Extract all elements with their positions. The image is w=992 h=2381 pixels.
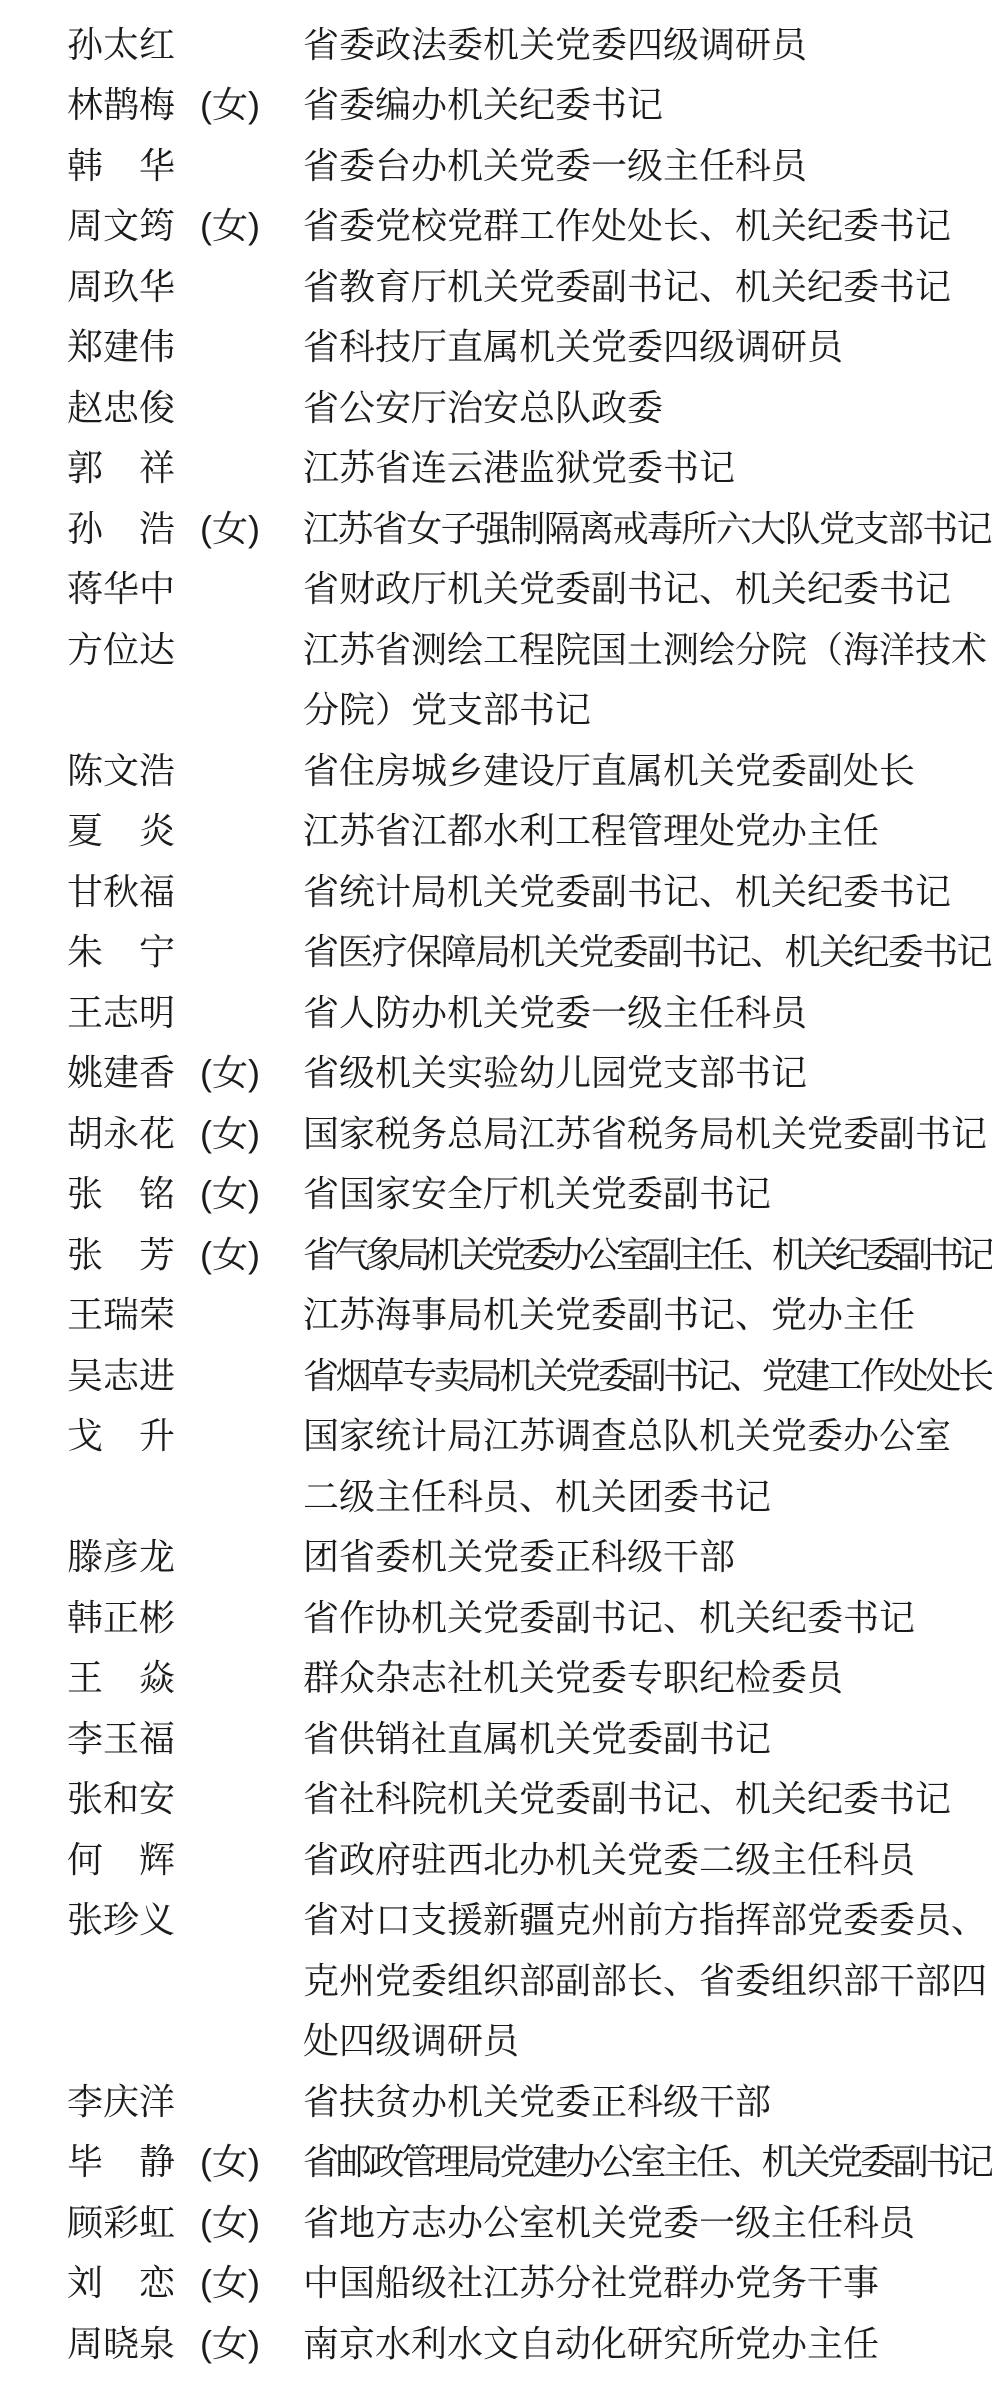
position-title: 国家税务总局江苏省税务局机关党委副书记 [303, 1106, 987, 1157]
position-title: 分院）党支部书记 [303, 682, 591, 733]
position-title: 江苏省江都水利工程管理处党办主任 [303, 803, 879, 854]
position-title: 省邮政管理局党建办公室主任、机关党委副书记 [303, 2134, 991, 2185]
person-name: 李庆洋 [67, 2074, 172, 2125]
position-title: 国家统计局江苏调查总队机关党委办公室 [303, 1408, 951, 1459]
list-entry: 张 芳(女)省气象局机关党委办公室副主任、机关纪委副书记 [0, 1222, 992, 1283]
position-title: 二级主任科员、机关团委书记 [303, 1469, 771, 1520]
list-entry: 甘秋福省统计局机关党委副书记、机关纪委书记 [0, 859, 992, 920]
position-title: 江苏海事局机关党委副书记、党办主任 [303, 1287, 915, 1338]
list-entry: 蒋华中省财政厅机关党委副书记、机关纪委书记 [0, 557, 992, 618]
person-name: 孙太红 [67, 17, 172, 68]
person-name: 张和安 [67, 1771, 172, 1822]
list-entry: 林鹊梅(女)省委编办机关纪委书记 [0, 73, 992, 134]
list-entry: 郑建伟省科技厅直属机关党委四级调研员 [0, 315, 992, 376]
position-title: 团省委机关党委正科级干部 [303, 1529, 735, 1580]
female-marker: (女) [200, 198, 303, 249]
list-entry: 陈文浩省住房城乡建设厅直属机关党委副处长 [0, 738, 992, 799]
female-marker: (女) [200, 1166, 303, 1217]
list-entry: 张和安省社科院机关党委副书记、机关纪委书记 [0, 1767, 992, 1828]
position-title: 省政府驻西北办机关党委二级主任科员 [303, 1832, 915, 1883]
list-entry: 周文筠(女)省委党校党群工作处处长、机关纪委书记 [0, 194, 992, 255]
list-entry: 顾彩虹(女)省地方志办公室机关党委一级主任科员 [0, 2190, 992, 2251]
person-name: 夏 炎 [67, 803, 172, 854]
position-title: 省医疗保障局机关党委副书记、机关纪委书记 [303, 924, 991, 975]
position-title: 处四级调研员 [303, 2013, 519, 2064]
person-name: 王 焱 [67, 1650, 172, 1701]
position-title: 省财政厅机关党委副书记、机关纪委书记 [303, 561, 951, 612]
female-marker: (女) [200, 1106, 303, 1157]
document-page: 孙太红省委政法委机关党委四级调研员林鹊梅(女)省委编办机关纪委书记韩 华省委台办… [0, 0, 992, 2381]
list-entry: 孙太红省委政法委机关党委四级调研员 [0, 12, 992, 73]
position-title: 克州党委组织部副部长、省委组织部干部四 [303, 1953, 987, 2004]
position-title: 省住房城乡建设厅直属机关党委副处长 [303, 743, 915, 794]
position-title: 省对口支援新疆克州前方指挥部党委委员、 [303, 1892, 987, 1943]
position-title: 省烟草专卖局机关党委副书记、党建工作处处长 [303, 1348, 991, 1399]
person-name: 姚建香 [67, 1045, 172, 1096]
position-title: 省统计局机关党委副书记、机关纪委书记 [303, 864, 951, 915]
list-entry: 韩 华省委台办机关党委一级主任科员 [0, 133, 992, 194]
list-entry: 王瑞荣江苏海事局机关党委副书记、党办主任 [0, 1283, 992, 1344]
person-name: 陈文浩 [67, 743, 172, 794]
person-name: 周文筠 [67, 198, 172, 249]
position-title: 省扶贫办机关党委正科级干部 [303, 2074, 771, 2125]
position-title: 江苏省女子强制隔离戒毒所六大队党支部书记 [303, 501, 991, 552]
list-entry: 夏 炎江苏省江都水利工程管理处党办主任 [0, 799, 992, 860]
person-name: 周晓泉 [67, 2316, 172, 2367]
list-entry: 王 焱群众杂志社机关党委专职纪检委员 [0, 1646, 992, 1707]
position-title: 省委编办机关纪委书记 [303, 77, 663, 128]
position-title: 省委台办机关党委一级主任科员 [303, 138, 807, 189]
female-marker: (女) [200, 2255, 303, 2306]
person-name: 方位达 [67, 622, 172, 673]
person-name: 张珍义 [67, 1892, 172, 1943]
position-title: 省国家安全厅机关党委副书记 [303, 1166, 771, 1217]
person-name: 张 铭 [67, 1166, 172, 1217]
list-entry: 周晓泉(女)南京水利水文自动化研究所党办主任 [0, 2311, 992, 2372]
female-marker: (女) [200, 1045, 303, 1096]
position-title: 省社科院机关党委副书记、机关纪委书记 [303, 1771, 951, 1822]
position-title: 南京水利水文自动化研究所党办主任 [303, 2316, 879, 2367]
person-name: 韩 华 [67, 138, 172, 189]
person-name: 王瑞荣 [67, 1287, 172, 1338]
person-name: 滕彦龙 [67, 1529, 172, 1580]
list-entry: 韩正彬省作协机关党委副书记、机关纪委书记 [0, 1585, 992, 1646]
position-title: 省委政法委机关党委四级调研员 [303, 17, 807, 68]
person-name: 顾彩虹 [67, 2195, 172, 2246]
list-entry-continuation: 二级主任科员、机关团委书记 [0, 1464, 992, 1525]
list-entry: 李玉福省供销社直属机关党委副书记 [0, 1706, 992, 1767]
position-title: 省科技厅直属机关党委四级调研员 [303, 319, 843, 370]
list-entry: 戈 升国家统计局江苏调查总队机关党委办公室 [0, 1404, 992, 1465]
person-name: 甘秋福 [67, 864, 172, 915]
position-title: 省人防办机关党委一级主任科员 [303, 985, 807, 1036]
list-entry: 王志明省人防办机关党委一级主任科员 [0, 980, 992, 1041]
person-name: 孙 浩 [67, 501, 172, 552]
list-entry: 滕彦龙团省委机关党委正科级干部 [0, 1525, 992, 1586]
list-entry-continuation: 分院）党支部书记 [0, 678, 992, 739]
person-name: 王志明 [67, 985, 172, 1036]
person-name: 张 芳 [67, 1227, 172, 1278]
list-entry: 方位达江苏省测绘工程院国土测绘分院（海洋技术 [0, 617, 992, 678]
list-entry: 胡永花(女)国家税务总局江苏省税务局机关党委副书记 [0, 1101, 992, 1162]
person-name: 郭 祥 [67, 440, 172, 491]
person-name: 周玖华 [67, 259, 172, 310]
person-name: 毕 静 [67, 2134, 172, 2185]
list-entry: 刘 恋(女)中国船级社江苏分社党群办党务干事 [0, 2251, 992, 2312]
position-title: 省作协机关党委副书记、机关纪委书记 [303, 1590, 915, 1641]
position-title: 群众杂志社机关党委专职纪检委员 [303, 1650, 843, 1701]
position-title: 中国船级社江苏分社党群办党务干事 [303, 2255, 879, 2306]
list-entry-continuation: 克州党委组织部副部长、省委组织部干部四 [0, 1948, 992, 2009]
female-marker: (女) [200, 2195, 303, 2246]
list-entry: 吴志进省烟草专卖局机关党委副书记、党建工作处处长 [0, 1343, 992, 1404]
female-marker: (女) [200, 1227, 303, 1278]
list-entry: 姚建香(女)省级机关实验幼儿园党支部书记 [0, 1041, 992, 1102]
person-name: 郑建伟 [67, 319, 172, 370]
list-entry: 朱 宁省医疗保障局机关党委副书记、机关纪委书记 [0, 920, 992, 981]
position-title: 江苏省测绘工程院国土测绘分院（海洋技术 [303, 622, 987, 673]
person-name: 蒋华中 [67, 561, 172, 612]
position-title: 省级机关实验幼儿园党支部书记 [303, 1045, 807, 1096]
person-name: 朱 宁 [67, 924, 172, 975]
list-entry: 张 铭(女)省国家安全厅机关党委副书记 [0, 1162, 992, 1223]
person-name: 戈 升 [67, 1408, 172, 1459]
position-title: 省委党校党群工作处处长、机关纪委书记 [303, 198, 951, 249]
position-title: 江苏省连云港监狱党委书记 [303, 440, 735, 491]
list-entry: 赵忠俊省公安厅治安总队政委 [0, 375, 992, 436]
female-marker: (女) [200, 501, 303, 552]
position-title: 省气象局机关党委办公室副主任、机关纪委副书记 [303, 1227, 991, 1278]
list-entry-continuation: 处四级调研员 [0, 2009, 992, 2070]
list-entry: 李庆洋省扶贫办机关党委正科级干部 [0, 2069, 992, 2130]
position-title: 省供销社直属机关党委副书记 [303, 1711, 771, 1762]
person-name: 林鹊梅 [67, 77, 172, 128]
person-name: 赵忠俊 [67, 380, 172, 431]
list-entry: 何 辉省政府驻西北办机关党委二级主任科员 [0, 1827, 992, 1888]
female-marker: (女) [200, 2316, 303, 2367]
list-entry: 毕 静(女)省邮政管理局党建办公室主任、机关党委副书记 [0, 2130, 992, 2191]
position-title: 省地方志办公室机关党委一级主任科员 [303, 2195, 915, 2246]
person-name: 吴志进 [67, 1348, 172, 1399]
list-entry: 孙 浩(女)江苏省女子强制隔离戒毒所六大队党支部书记 [0, 496, 992, 557]
person-name: 何 辉 [67, 1832, 172, 1883]
female-marker: (女) [200, 2134, 303, 2185]
list-entry: 周玖华省教育厅机关党委副书记、机关纪委书记 [0, 254, 992, 315]
person-name: 刘 恋 [67, 2255, 172, 2306]
list-entry: 张珍义省对口支援新疆克州前方指挥部党委委员、 [0, 1888, 992, 1949]
person-name: 韩正彬 [67, 1590, 172, 1641]
person-name: 李玉福 [67, 1711, 172, 1762]
female-marker: (女) [200, 77, 303, 128]
position-title: 省公安厅治安总队政委 [303, 380, 663, 431]
position-title: 省教育厅机关党委副书记、机关纪委书记 [303, 259, 951, 310]
list-entry: 郭 祥江苏省连云港监狱党委书记 [0, 436, 992, 497]
person-name: 胡永花 [67, 1106, 172, 1157]
